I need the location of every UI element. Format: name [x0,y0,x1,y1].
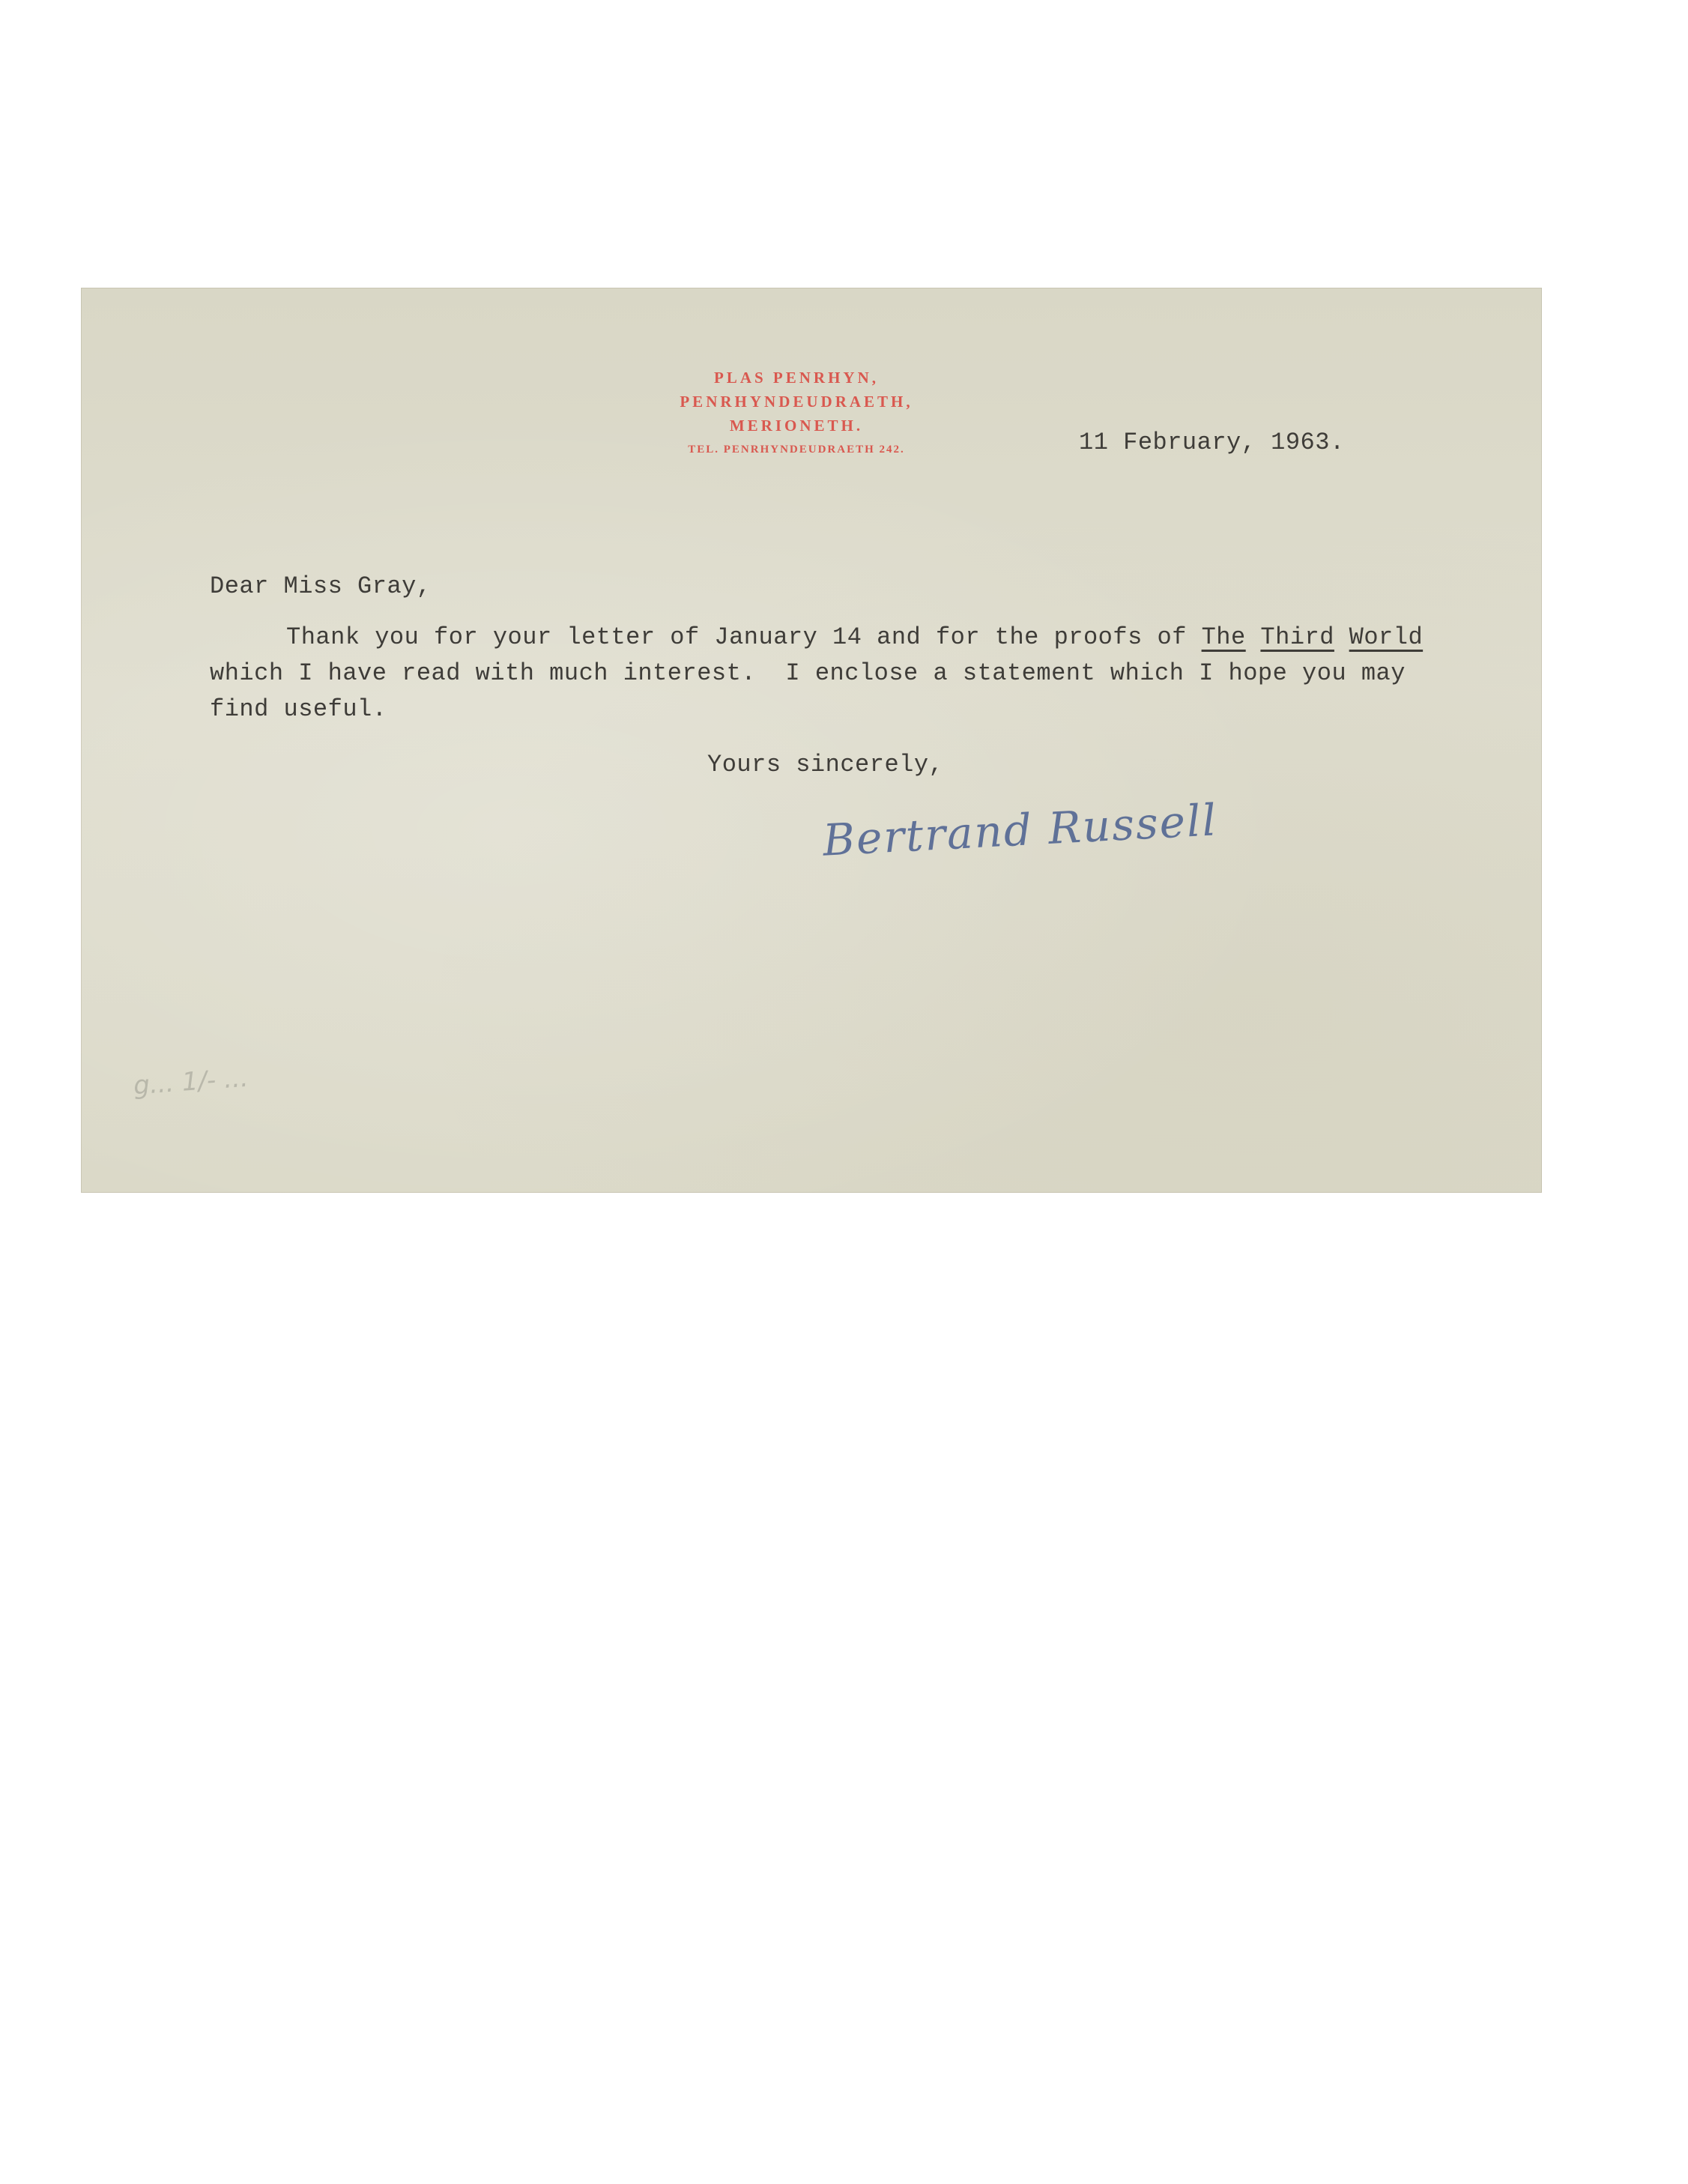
handwritten-signature: Bertrand Russell [822,794,1219,865]
book-title-word-2: Third [1260,623,1334,651]
letterhead-town: PENRHYNDEUDRAETH, [66,393,1527,411]
book-title-word-1: The [1202,623,1246,651]
salutation: Dear Miss Gray, [210,572,432,600]
body-line-1: Thank you for your letter of January 14 … [286,623,1423,651]
closing: Yours sincerely, [707,751,943,778]
body-line-2: which I have read with much interest. I … [210,659,1406,687]
book-title-word-3: World [1349,623,1424,651]
body-line-3: find useful. [210,695,387,723]
letter-date: 11 February, 1963. [1079,429,1345,456]
letterhead-house: PLAS PENRHYN, [66,369,1527,387]
letter-paper: PLAS PENRHYN, PENRHYNDEUDRAETH, MERIONET… [81,288,1542,1193]
pencil-annotation: g... 1/- ... [133,1063,249,1101]
body-line-1-text: Thank you for your letter of January 14 … [286,623,1202,651]
